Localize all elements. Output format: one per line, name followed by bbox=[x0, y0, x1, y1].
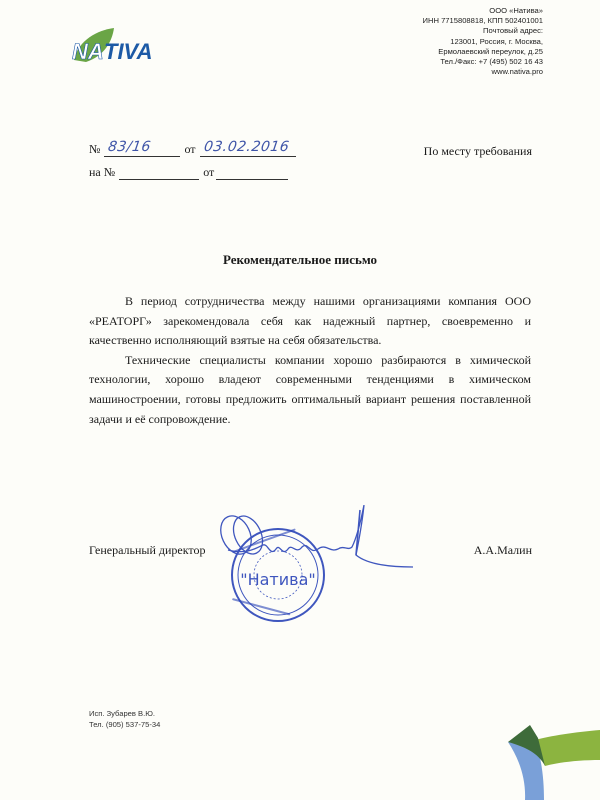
company-phone: Тел./Факс: +7 (495) 502 16 43 bbox=[423, 57, 543, 67]
executor-name: Исп. Зубарев В.Ю. bbox=[89, 708, 160, 719]
stamp-and-signature: "Натива" bbox=[218, 505, 418, 625]
executor-phone: Тел. (905) 537-75-34 bbox=[89, 719, 160, 730]
paragraph: Технические специалисты компании хорошо … bbox=[89, 351, 531, 429]
reply-date-field bbox=[216, 163, 288, 180]
company-requisites: ООО «Натива» ИНН 7715808818, КПП 5024010… bbox=[423, 6, 543, 77]
letter-page: NA TIVA ООО «Натива» ИНН 7715808818, КПП… bbox=[0, 0, 600, 800]
postal-address-city: 123001, Россия, г. Москва, bbox=[423, 37, 543, 47]
number-value: 83/16 bbox=[107, 139, 152, 155]
date-field: 03.02.2016 bbox=[200, 140, 296, 157]
postal-address-street: Ермолаевский переулок, д.25 bbox=[423, 47, 543, 57]
stamp-text: "Натива" bbox=[240, 570, 316, 589]
svg-text:NA: NA bbox=[72, 39, 104, 64]
svg-text:TIVA: TIVA bbox=[104, 39, 152, 64]
signer-name: А.А.Малин bbox=[474, 543, 532, 558]
company-inn-kpp: ИНН 7715808818, КПП 502401001 bbox=[423, 16, 543, 26]
corner-brand-graphic bbox=[490, 670, 600, 800]
date-label: от bbox=[184, 142, 195, 157]
reply-number-field bbox=[119, 163, 199, 180]
incoming-reference: на № от bbox=[89, 163, 288, 180]
postal-address-label: Почтовый адрес: bbox=[423, 26, 543, 36]
letter-body: В период сотрудничества между нашими орг… bbox=[89, 292, 531, 429]
date-value: 03.02.2016 bbox=[202, 139, 289, 155]
number-field: 83/16 bbox=[104, 140, 180, 157]
letter-title: Рекомендательное письмо bbox=[0, 252, 600, 268]
reply-date-label: от bbox=[203, 165, 214, 180]
nativa-logo: NA TIVA bbox=[68, 26, 178, 66]
addressee: По месту требования bbox=[424, 144, 532, 159]
executor-info: Исп. Зубарев В.Ю. Тел. (905) 537-75-34 bbox=[89, 708, 160, 730]
paragraph: В период сотрудничества между нашими орг… bbox=[89, 292, 531, 351]
nativa-leaf-icon: NA TIVA bbox=[68, 26, 178, 66]
signer-position: Генеральный директор bbox=[89, 543, 206, 558]
outgoing-reference: № 83/16 от 03.02.2016 bbox=[89, 140, 296, 157]
company-website: www.nativa.pro bbox=[423, 67, 543, 77]
company-name: ООО «Натива» bbox=[423, 6, 543, 16]
reply-number-label: на № bbox=[89, 165, 115, 180]
number-label: № bbox=[89, 142, 100, 157]
